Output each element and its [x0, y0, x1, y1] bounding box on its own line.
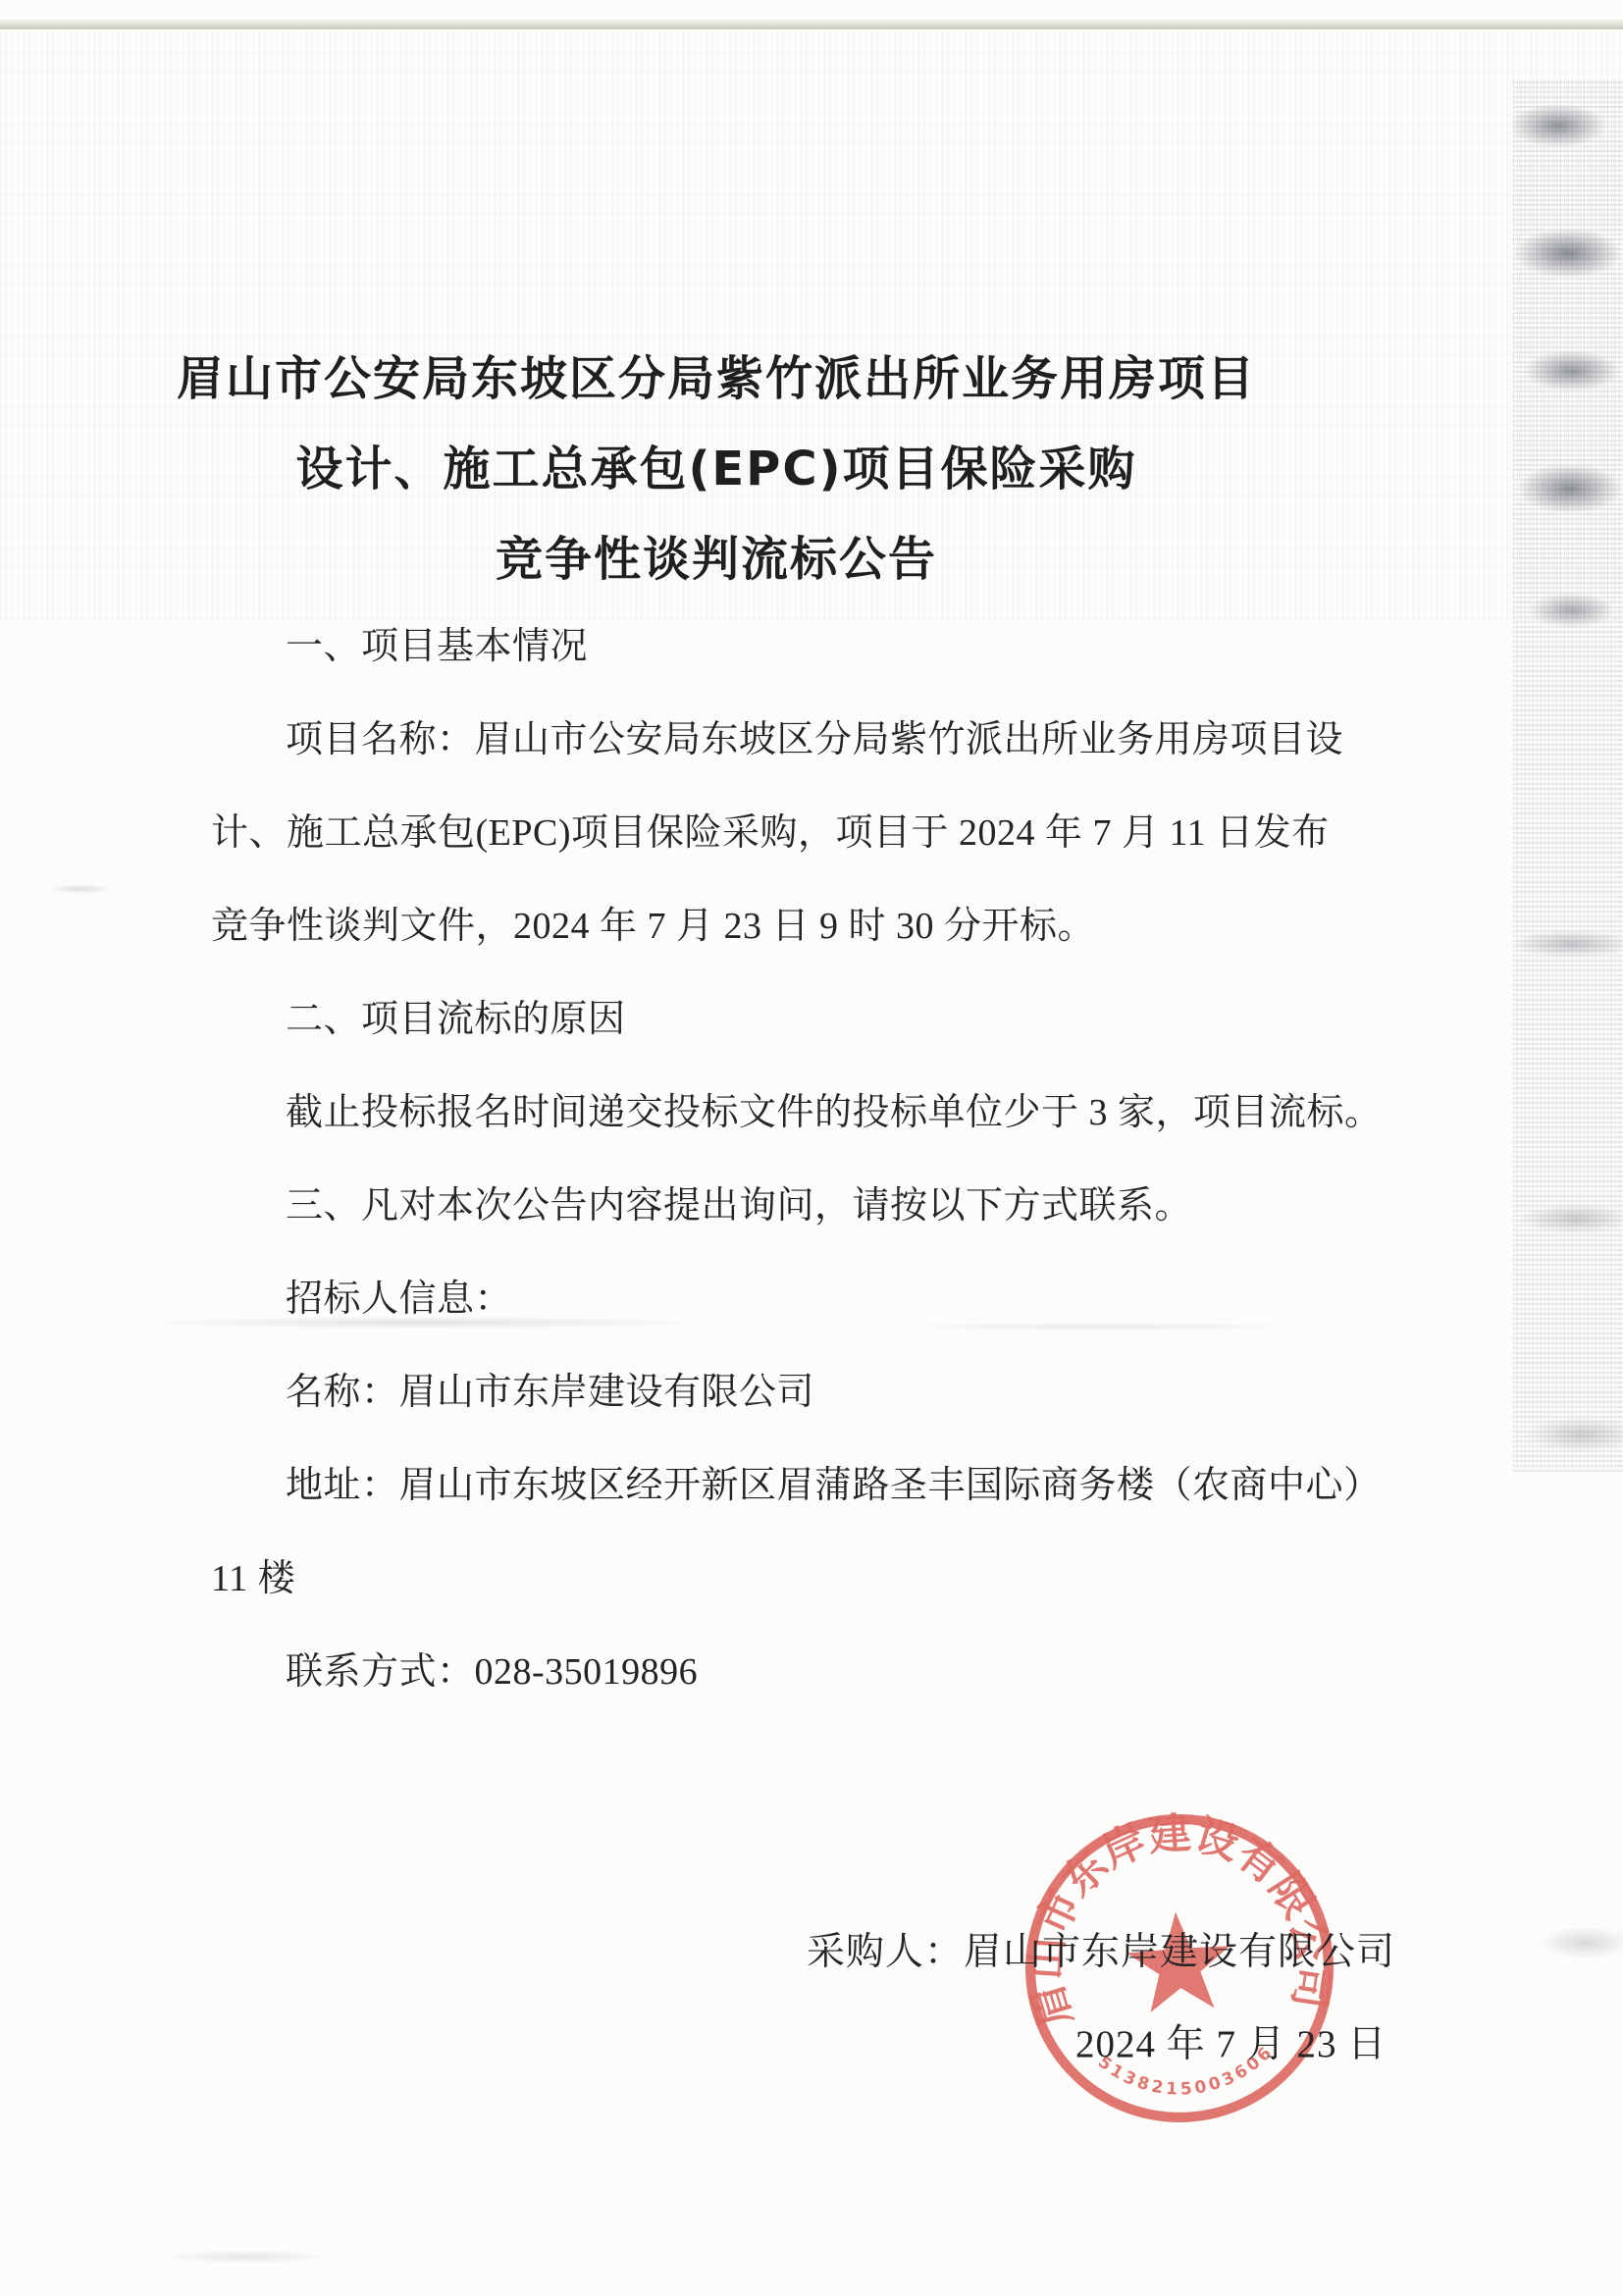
project-name-line-1: 项目名称：眉山市公安局东坡区分局紫竹派出所业务用房项目设 [211, 694, 1482, 787]
tenderer-address-line-2: 11 楼 [211, 1533, 1482, 1626]
section-2-heading: 二、项目流标的原因 [211, 973, 1482, 1067]
title-line-1: 眉山市公安局东坡区分局紫竹派出所业务用房项目 [0, 334, 1433, 424]
document-body: 一、项目基本情况 项目名称：眉山市公安局东坡区分局紫竹派出所业务用房项目设 计、… [211, 600, 1482, 1719]
section-1-heading: 一、项目基本情况 [211, 600, 1482, 694]
project-name-line-3: 竞争性谈判文件，2024 年 7 月 23 日 9 时 30 分开标。 [211, 880, 1482, 973]
tenderer-info-label: 招标人信息： [211, 1253, 1482, 1346]
tenderer-name-line: 名称：眉山市东岸建设有限公司 [211, 1346, 1482, 1439]
scanner-noise-right-edge [1513, 78, 1623, 1472]
failure-reason-line: 截止投标报名时间递交投标文件的投标单位少于 3 家，项目流标。 [211, 1067, 1482, 1160]
date-line: 2024 年 7 月 23 日 [1075, 2013, 1387, 2068]
tenderer-address-line-1: 地址：眉山市东坡区经开新区眉蒲路圣丰国际商务楼（农商中心） [211, 1439, 1482, 1533]
scanned-document-page: 眉山市公安局东坡区分局紫竹派出所业务用房项目 设计、施工总承包(EPC)项目保险… [0, 0, 1623, 2296]
contact-phone-line: 联系方式：028-35019896 [211, 1626, 1482, 1719]
section-3-heading: 三、凡对本次公告内容提出询问，请按以下方式联系。 [211, 1160, 1482, 1253]
project-name-line-2: 计、施工总承包(EPC)项目保险采购，项目于 2024 年 7 月 11 日发布 [211, 787, 1482, 880]
title-line-2: 设计、施工总承包(EPC)项目保险采购 [0, 424, 1433, 514]
document-title: 眉山市公安局东坡区分局紫竹派出所业务用房项目 设计、施工总承包(EPC)项目保险… [0, 334, 1433, 604]
scanner-line-artifact [0, 20, 1623, 29]
buyer-line: 采购人：眉山市东岸建设有限公司 [807, 1921, 1395, 1976]
title-line-3: 竞争性谈判流标公告 [0, 514, 1433, 604]
